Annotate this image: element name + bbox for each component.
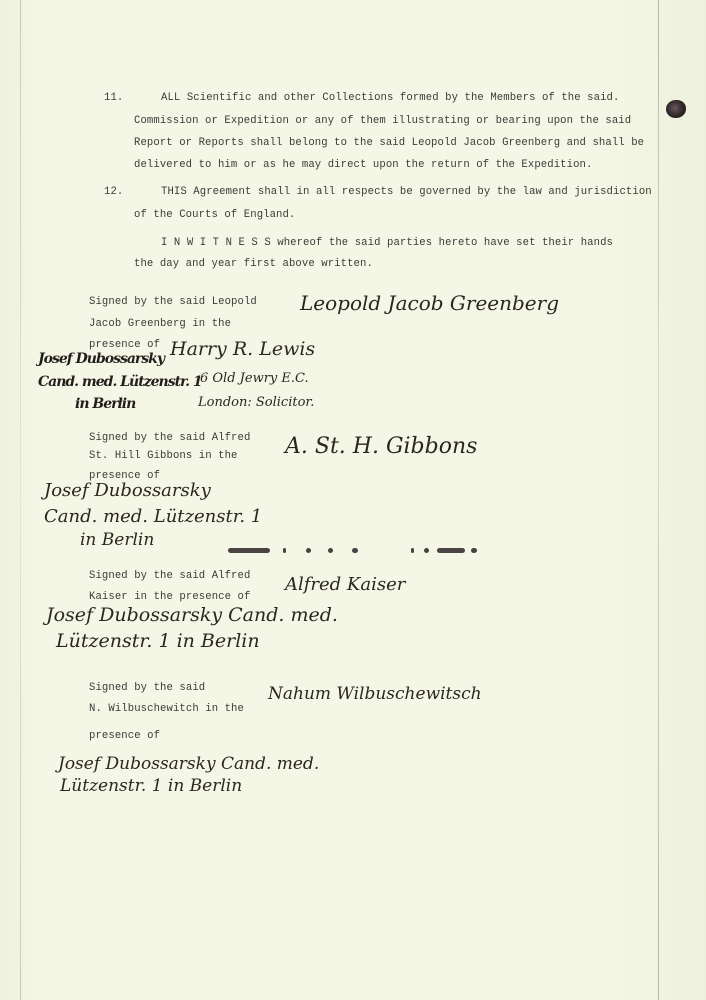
signed-by-text: Signed by the said Leopold xyxy=(89,297,257,308)
ink-spatter xyxy=(437,548,465,553)
signature-gibbons: A. St. H. Gibbons xyxy=(285,436,477,458)
ink-spatter xyxy=(411,548,414,553)
clause-line: Commission or Expedition or any of them … xyxy=(134,116,631,127)
signed-by-text: Jacob Greenberg in the xyxy=(89,319,231,330)
signature-kaiser: Alfred Kaiser xyxy=(285,576,405,594)
witness-city: in Berlin xyxy=(80,532,154,549)
ink-spatter xyxy=(306,548,311,553)
signature-wilbuschewitch: Nahum Wilbuschewitsch xyxy=(268,686,482,703)
clause-line: THIS Agreement shall in all respects be … xyxy=(161,187,652,198)
ink-spatter xyxy=(228,548,270,553)
signed-by-text: Signed by the said Alfred xyxy=(89,571,250,582)
clause-line: ALL Scientific and other Collections for… xyxy=(161,93,619,104)
witness-signature: Josef Dubossarsky xyxy=(38,352,164,366)
clause-number: 12. xyxy=(104,187,123,198)
witness-signature: Josef Dubossarsky xyxy=(44,482,211,500)
clause-line: delivered to him or as he may direct upo… xyxy=(134,160,592,171)
witness-address: Cand. med. Lützenstr. 1 xyxy=(44,508,262,526)
signed-by-text: presence of xyxy=(89,731,160,742)
document-page: 11. ALL Scientific and other Collections… xyxy=(0,0,706,1000)
ink-spatter xyxy=(424,548,429,553)
witness-city: in Berlin xyxy=(75,397,135,411)
signed-by-text: Signed by the said Alfred xyxy=(89,433,250,444)
signature-greenberg: Leopold Jacob Greenberg xyxy=(300,293,559,313)
witness-line: the day and year first above written. xyxy=(134,259,373,270)
ink-spatter xyxy=(471,548,477,553)
page-edge-line xyxy=(20,0,21,1000)
witness-address: Lützenstr. 1 in Berlin xyxy=(56,632,260,651)
witness-signature: Josef Dubossarsky Cand. med. xyxy=(46,606,338,625)
witness-address: Lützenstr. 1 in Berlin xyxy=(60,778,242,795)
clause-line: of the Courts of England. xyxy=(134,210,295,221)
signed-by-text: N. Wilbuschewitch in the xyxy=(89,704,244,715)
signed-by-text: Signed by the said xyxy=(89,683,205,694)
witness-signature: Harry R. Lewis xyxy=(170,340,315,359)
witness-line: I N W I T N E S S whereof the said parti… xyxy=(161,238,613,249)
ink-spatter xyxy=(352,548,358,553)
signed-by-text: presence of xyxy=(89,340,160,351)
ink-spatter xyxy=(283,548,286,553)
ink-spatter xyxy=(328,548,333,553)
clause-number: 11. xyxy=(104,93,123,104)
witness-address: Cand. med. Lützenstr. 1 xyxy=(38,375,202,389)
witness-signature: Josef Dubossarsky Cand. med. xyxy=(58,756,319,773)
clause-line: Report or Reports shall belong to the sa… xyxy=(134,138,644,149)
witness-address: 6 Old Jewry E.C. xyxy=(200,372,309,385)
signed-by-text: Kaiser in the presence of xyxy=(89,592,250,603)
ink-blot xyxy=(666,100,686,118)
fold-line xyxy=(658,0,659,1000)
signed-by-text: St. Hill Gibbons in the xyxy=(89,451,238,462)
witness-occupation: London: Solicitor. xyxy=(198,396,314,409)
